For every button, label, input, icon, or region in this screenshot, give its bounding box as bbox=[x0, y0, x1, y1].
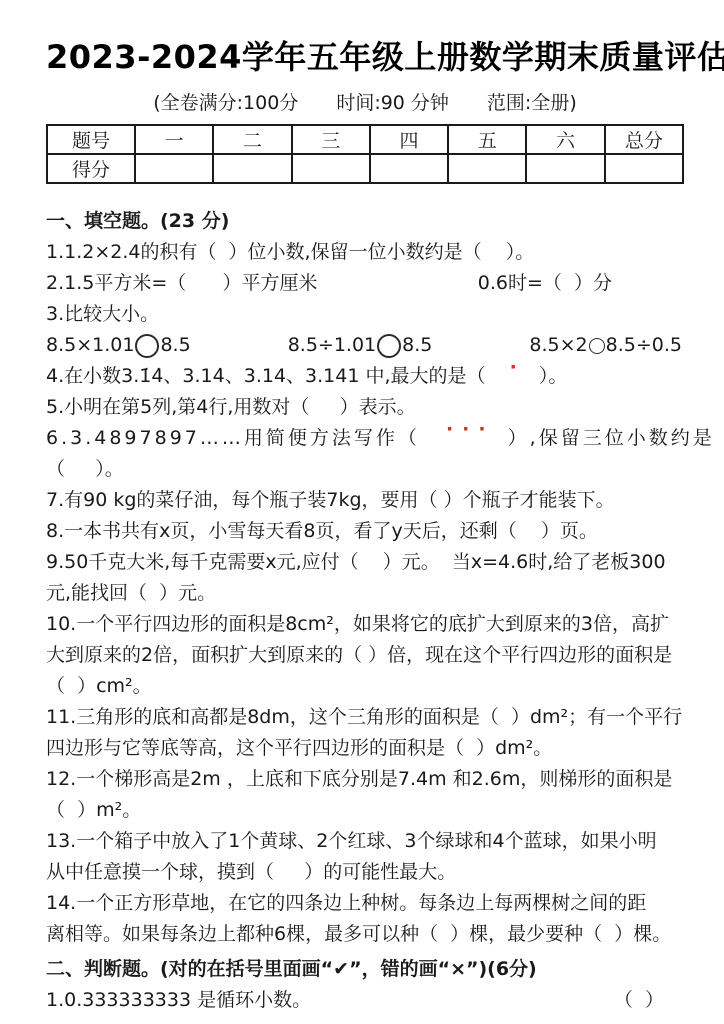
score-table-cell: 六 bbox=[526, 125, 604, 154]
score-blank-cell bbox=[526, 154, 604, 183]
score-table-cell: 题号 bbox=[47, 125, 135, 154]
question-8: 8.一本书共有x页，小雪每天看8页，看了y天后，还剩（ ）页。 bbox=[46, 516, 684, 547]
question-6-text-end: ）,保留三位小数约是 bbox=[508, 427, 715, 449]
question-12-line2: （ ）m²。 bbox=[46, 795, 684, 826]
exam-paper: 2023-2024学年五年级上册数学期末质量评估卷 (全卷满分:100分 时间:… bbox=[0, 0, 724, 1016]
exam-meta: (全卷满分:100分 时间:90 分钟 范围:全册) bbox=[46, 88, 684, 115]
score-table-cell: 三 bbox=[292, 125, 370, 154]
page-title: 2023-2024学年五年级上册数学期末质量评估卷 bbox=[46, 32, 684, 78]
section1-heading: 一、填空题。(23 分) bbox=[46, 206, 684, 237]
score-blank-cell bbox=[605, 154, 683, 183]
comparison-right: 8.5 bbox=[160, 330, 190, 361]
red-dots-mark: ··· bbox=[446, 418, 495, 440]
question-14-line1: 14.一个正方形草地，在它的四条边上种树。每条边上每两棵树之间的距 bbox=[46, 888, 684, 919]
comparison-circle-icon bbox=[377, 334, 401, 358]
question-9-line1: 9.50千克大米,每千克需要x元,应付（ ）元。 当x=4.6时,给了老板300 bbox=[46, 547, 684, 578]
score-blank-cell bbox=[370, 154, 448, 183]
question-11-line2: 四边形与它等底等高，这个平行四边形的面积是（ ）dm²。 bbox=[46, 733, 684, 764]
comparison-right: 8.5÷0.5 bbox=[606, 330, 682, 361]
question-5: 5.小明在第5列,第4行,用数对（ ）表示。 bbox=[46, 392, 684, 423]
score-table: 题号 一 二 三 四 五 六 总分 得分 bbox=[46, 124, 684, 184]
question-4-text: 4.在小数3.1̇4̇、3.14̇、3.14、3.141 中,最大的是（ bbox=[46, 365, 492, 387]
score-table-cell: 二 bbox=[213, 125, 291, 154]
comparison-left: 8.5×2 bbox=[529, 330, 587, 361]
score-table-cell: 四 bbox=[370, 125, 448, 154]
question-11-line1: 11.三角形的底和高都是8dm，这个三角形的面积是（ ）dm²；有一个平行 bbox=[46, 702, 684, 733]
score-table-header-row: 题号 一 二 三 四 五 六 总分 bbox=[47, 125, 683, 154]
score-table-cell: 一 bbox=[135, 125, 213, 154]
question-6-line2: （ ）。 bbox=[46, 454, 684, 485]
score-blank-cell bbox=[213, 154, 291, 183]
comparison-item: 8.5×2 8.5÷0.5 bbox=[529, 330, 682, 361]
score-blank-cell bbox=[135, 154, 213, 183]
question-13-line1: 13.一个箱子中放入了1个黄球、2个红球、3个绿球和4个蓝球，如果小明 bbox=[46, 826, 684, 857]
question-3: 3.比较大小。 bbox=[46, 299, 684, 330]
question-10-line2: 大到原来的2倍，面积扩大到原来的（ ）倍，现在这个平行四边形的面积是 bbox=[46, 640, 684, 671]
question-4: 4.在小数3.1̇4̇、3.14̇、3.14、3.141 中,最大的是（ · ）… bbox=[46, 361, 684, 392]
comparison-circle-icon bbox=[135, 334, 159, 358]
question-12-line1: 12.一个梯形高是2m ，上底和下底分别是7.4m 和2.6m，则梯形的面积是 bbox=[46, 764, 684, 795]
score-label-cell: 得分 bbox=[47, 154, 135, 183]
comparison-right: 8.5 bbox=[402, 330, 432, 361]
comparison-left: 8.5÷1.01 bbox=[288, 330, 376, 361]
section2-question-1: 1.0.333333333 是循环小数。 （ ） bbox=[46, 985, 684, 1016]
question-9-line2: 元,能找回（ ）元。 bbox=[46, 578, 684, 609]
score-blank-cell bbox=[448, 154, 526, 183]
question-6-line1: 6.3.4897897……用简便方法写作（ ··· ）,保留三位小数约是 bbox=[46, 423, 684, 454]
question-10-line3: （ ）cm²。 bbox=[46, 671, 684, 702]
question-4-text-end: ）。 bbox=[539, 365, 568, 387]
question-2: 2.1.5平方米=（ ）平方厘米 0.6时=（ ）分 bbox=[46, 268, 684, 299]
red-dot-mark: · bbox=[510, 356, 517, 378]
score-table-score-row: 得分 bbox=[47, 154, 683, 183]
comparison-circle-icon bbox=[589, 338, 605, 354]
score-table-cell: 五 bbox=[448, 125, 526, 154]
question-14-line2: 离相等。如果每条边上都种6棵，最多可以种（ ）棵，最少要种（ ）棵。 bbox=[46, 919, 684, 950]
question-1: 1.1.2×2.4的积有（ ）位小数,保留一位小数约是（ ）。 bbox=[46, 237, 684, 268]
question-7: 7.有90 kg的菜仔油，每个瓶子装7kg，要用（ ）个瓶子才能装下。 bbox=[46, 485, 684, 516]
score-table-cell: 总分 bbox=[605, 125, 683, 154]
question-2-left: 2.1.5平方米=（ ）平方厘米 bbox=[46, 268, 318, 299]
comparison-item: 8.5÷1.01 8.5 bbox=[288, 330, 433, 361]
question-2-right: 0.6时=（ ）分 bbox=[478, 268, 612, 299]
answer-parentheses: （ ） bbox=[614, 985, 664, 1016]
question-3-comparison-row: 8.5×1.01 8.5 8.5÷1.01 8.5 8.5×2 8.5÷0.5 bbox=[46, 330, 684, 361]
section2-heading: 二、判断题。(对的在括号里面画“✔”，错的画“×”)(6分) bbox=[46, 954, 684, 985]
comparison-left: 8.5×1.01 bbox=[46, 330, 134, 361]
question-10-line1: 10.一个平行四边形的面积是8cm²，如果将它的底扩大到原来的3倍，高扩 bbox=[46, 609, 684, 640]
comparison-item: 8.5×1.01 8.5 bbox=[46, 330, 191, 361]
question-6-text: 6.3.4897897……用简便方法写作（ bbox=[46, 427, 429, 449]
question-13-line2: 从中任意摸一个球，摸到（ ）的可能性最大。 bbox=[46, 857, 684, 888]
section2-question-1-text: 1.0.333333333 是循环小数。 bbox=[46, 985, 311, 1016]
exam-body: 一、填空题。(23 分) 1.1.2×2.4的积有（ ）位小数,保留一位小数约是… bbox=[46, 206, 684, 1016]
score-blank-cell bbox=[292, 154, 370, 183]
